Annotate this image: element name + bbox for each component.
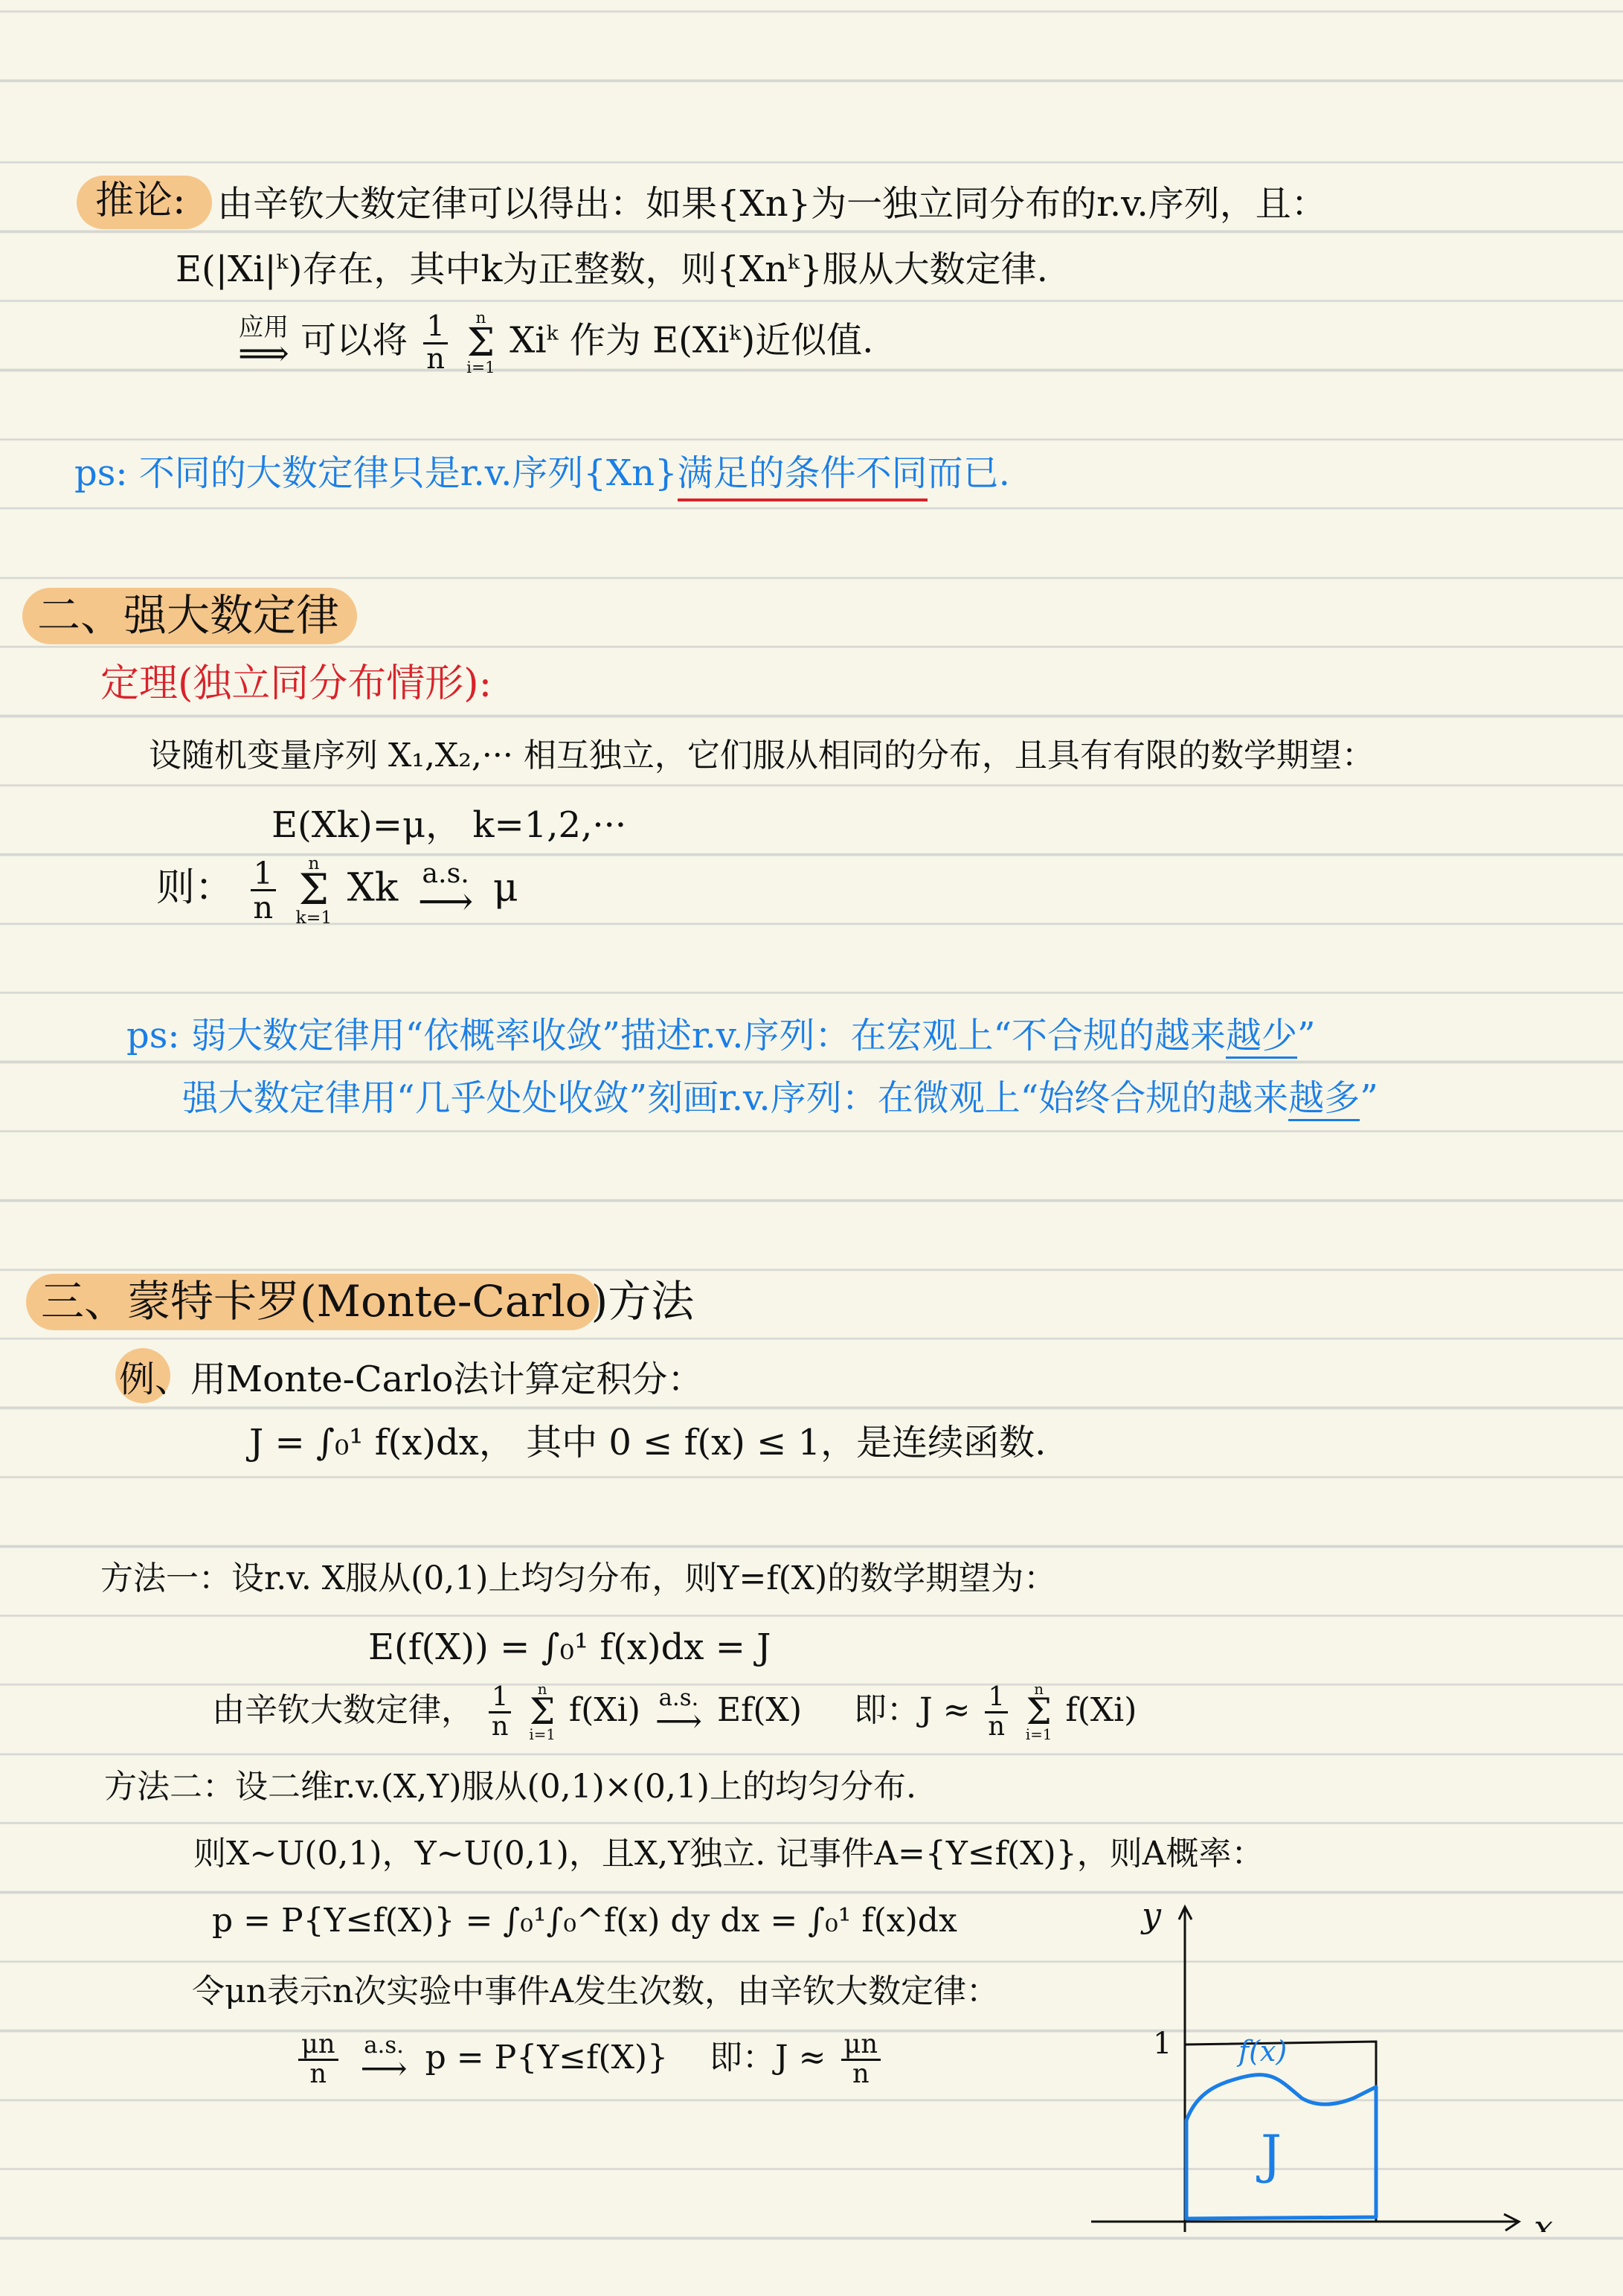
numerator: μn (298, 2031, 338, 2061)
long-arrow-icon: ⟶ (418, 879, 474, 924)
superscript: k (788, 251, 800, 274)
fraction: μnn (298, 2031, 338, 2088)
text: 、用Monte-Carlo法计算定积分： (155, 1359, 703, 1400)
sigma-icon: Σ (1026, 1696, 1052, 1729)
text: }服从大数定律. (800, 248, 1048, 290)
sigma-icon: Σ (299, 871, 329, 909)
text: 可以将 (301, 320, 408, 362)
summation: nΣk=1 (296, 856, 332, 926)
term: f(Xi) (569, 1691, 640, 1729)
limit: μ (493, 865, 518, 910)
denominator: n (988, 1713, 1005, 1741)
text: 弱大数定律用“依概率收敛”描述r.v.序列：在宏观上“不合规的越来 (191, 1015, 1226, 1056)
corollary-line1: 由辛钦大数定律可以得出：如果{Xn}为一独立同分布的r.v.序列，且： (217, 186, 1327, 222)
text: 作为 E(Xi (570, 320, 730, 362)
text: )存在，其中k为正整数，则{Xn (289, 248, 788, 290)
term: Xi (510, 320, 547, 362)
as-arrow: a.s. ⟶ (361, 2034, 408, 2085)
method1-line3: 由辛钦大数定律， 1n nΣi=1 f(Xi) a.s. ⟶ Ef(X) 即：J… (212, 1683, 1137, 1742)
fraction: 1n (489, 1684, 511, 1741)
summation: nΣi=1 (529, 1683, 556, 1742)
text: 则： (156, 865, 234, 910)
ps-note-2-line1: ps: 弱大数定律用“依概率收敛”描述r.v.序列：在宏观上“不合规的越来越少” (126, 1018, 1316, 1054)
limit: Ef(X) (717, 1691, 802, 1729)
superscript: k (729, 322, 741, 345)
ps-note-1: ps: 不同的大数定律只是r.v.序列{Xn}满足的条件不同而已. (74, 455, 1010, 491)
method1-line1: 方法一：设r.v. X服从(0,1)上均匀分布，则Y=f(X)的数学期望为： (100, 1562, 1056, 1595)
slln-conclusion: 则： 1n nΣk=1 Xk a.s. ⟶ μ (156, 856, 518, 926)
method2-line3: p = P{Y≤f(X)} = ∫₀¹∫₀^f(x) dy dx = ∫₀¹ f… (212, 1905, 957, 1937)
corollary-tag: 推论: (95, 182, 186, 220)
curve-label: f(x) (1236, 2035, 1287, 2068)
denominator: n (309, 2061, 327, 2088)
text: 即：J ≈ (854, 1691, 971, 1729)
method2-line1: 方法二：设二维r.v.(X,Y)服从(0,1)×(0,1)上的均匀分布. (104, 1771, 916, 1803)
text: )近似值. (741, 320, 873, 362)
example-line: 例、用Monte-Carlo法计算定积分： (119, 1362, 703, 1397)
denominator: n (492, 1713, 509, 1741)
fraction: μnn (841, 2031, 881, 2088)
example-tag: 例 (119, 1359, 155, 1400)
superscript: k (547, 322, 559, 345)
method2-line5: μnn a.s. ⟶ p = P{Y≤f(X)} 即：J ≈ μnn (294, 2031, 885, 2088)
theorem-statement: 设随机变量序列 X₁,X₂,··· 相互独立，它们服从相同的分布，且具有有限的数… (149, 740, 1375, 772)
arrow-icon: ⟶ (361, 2050, 408, 2088)
method2-line4: 令μn表示n次实验中事件A发生次数，由辛钦大数定律： (192, 1975, 999, 2008)
corollary-line2: E(|Xi|k)存在，其中k为正整数，则{Xnk}服从大数定律. (176, 251, 1048, 287)
numerator: 1 (423, 312, 447, 344)
x-axis-label: x (1534, 2207, 1553, 2232)
monte-carlo-diagram: y x 0 1 1 f(x) J (1079, 1875, 1599, 2232)
underlined-text: 越少 (1226, 1015, 1297, 1059)
text: 由辛钦大数定律， (212, 1691, 474, 1729)
integral-definition: J = ∫₀¹ f(x)dx， 其中 0 ≤ f(x) ≤ 1，是连续函数. (249, 1425, 1046, 1460)
as-arrow: a.s. ⟶ (655, 1687, 702, 1738)
method2-line2: 则X~U(0,1)，Y~U(0,1)，且X,Y独立. 记事件A={Y≤f(X)}… (193, 1838, 1264, 1870)
term: f(Xi) (1065, 1691, 1137, 1729)
section2-title: 二、强大数定律 (37, 594, 339, 637)
text: 强大数定律用“几乎处处收敛”刻画r.v.序列：在微观上“始终合规的越来 (182, 1077, 1288, 1119)
sigma-icon: Σ (467, 325, 495, 361)
denominator: n (426, 344, 445, 374)
text: p = P{Y≤f(X)} (425, 2039, 668, 2077)
summation: nΣi=1 (1026, 1683, 1052, 1742)
text: 而已. (928, 452, 1010, 494)
numerator: 1 (985, 1684, 1007, 1713)
sum-lower: i=1 (466, 361, 495, 375)
sum-lower: i=1 (529, 1728, 556, 1742)
area-label: J (1256, 2124, 1282, 2185)
text: ” (1297, 1015, 1316, 1056)
text: E(|Xi| (176, 248, 277, 290)
underlined-text: 满足的条件不同 (678, 452, 928, 501)
denominator: n (852, 2061, 870, 2088)
corollary-line3: 应用 ⟹ 可以将 1n nΣi=1 Xik 作为 E(Xik)近似值. (238, 311, 873, 375)
text: 不同的大数定律只是r.v.序列{Xn} (139, 452, 678, 494)
numerator: 1 (489, 1684, 511, 1713)
ps-prefix: ps: (74, 452, 128, 494)
implies-arrow: 应用 ⟹ (238, 315, 289, 371)
denominator: n (253, 891, 273, 924)
section3-title: 三、蒙特卡罗(Monte-Carlo)方法 (41, 1280, 694, 1323)
numerator: 1 (251, 857, 276, 892)
y-axis-label: y (1140, 1895, 1162, 1935)
theorem-label: 定理(独立同分布情形): (100, 664, 492, 703)
term: Xk (347, 865, 399, 910)
fraction: 1n (251, 857, 276, 924)
summation: nΣi=1 (466, 311, 495, 375)
underlined-text: 越多 (1288, 1077, 1360, 1121)
sigma-icon: Σ (530, 1696, 555, 1729)
fraction: 1n (985, 1684, 1007, 1741)
ps-note-2-line2: 强大数定律用“几乎处处收敛”刻画r.v.序列：在微观上“始终合规的越来越多” (182, 1080, 1378, 1116)
superscript: k (277, 251, 289, 274)
method1-line2: E(f(X)) = ∫₀¹ f(x)dx = J (368, 1629, 771, 1665)
expectation-formula: E(Xk)=μ， k=1,2,··· (271, 807, 626, 843)
y-tick-label: 1 (1153, 2027, 1172, 2061)
sum-lower: i=1 (1026, 1728, 1052, 1742)
double-arrow-icon: ⟹ (238, 333, 289, 374)
ps-prefix: ps: (126, 1015, 180, 1056)
as-arrow: a.s. ⟶ (418, 860, 474, 921)
text: 即：J ≈ (710, 2039, 826, 2077)
sum-lower: k=1 (296, 910, 332, 926)
text: ” (1360, 1077, 1378, 1119)
arrow-icon: ⟶ (655, 1702, 702, 1740)
fraction: 1n (423, 312, 447, 374)
numerator: μn (841, 2031, 881, 2061)
